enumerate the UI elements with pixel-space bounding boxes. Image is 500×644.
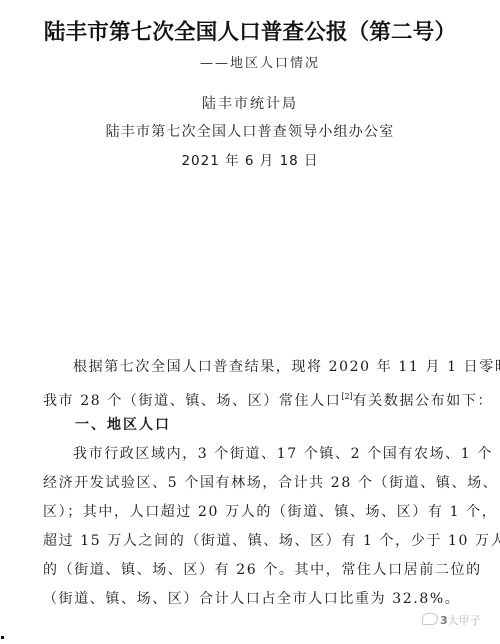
body-content: 根据第七次全国人口普查结果，现将 2020 年 11 月 1 日零时 我市 28…: [43, 353, 480, 614]
section-line: 我市行政区域内，3 个街道、17 个镇、2 个国有农场、1 个: [43, 440, 480, 469]
section-line: 超过 15 万人之间的（街道、镇、场、区）有 1 个，少于 10 万人: [43, 527, 480, 556]
intro-line-2-text: 我市 28 个（街道、镇、场、区）常住人口: [43, 393, 341, 409]
intro-line-2-rest: 有关数据公布如下：: [353, 393, 493, 409]
section-line: 区）；其中，人口超过 20 万人的（街道、镇、场、区）有 1 个，: [43, 498, 480, 527]
issuer-census-office: 陆丰市第七次全国人口普查领导小组办公室: [0, 121, 500, 141]
document-title: 陆丰市第七次全国人口普查公报（第二号）: [0, 15, 500, 46]
document-subtitle: ——地区人口情况: [200, 52, 320, 71]
section-line: 的（街道、镇、场、区）有 26 个。其中，常住人口居前二位的: [43, 556, 480, 585]
section-line: （街道、镇、场、区）合计人口占全市人口比重为 32.8%。: [43, 585, 480, 614]
intro-line-1: 根据第七次全国人口普查结果，现将 2020 年 11 月 1 日零时: [43, 353, 480, 382]
watermark-text: 大甲子: [448, 614, 481, 627]
watermark-number: 3: [440, 614, 448, 627]
publish-date: 2021 年 6 月 18 日: [0, 149, 500, 169]
issuer-statistics-bureau: 陆丰市统计局: [0, 93, 500, 113]
intro-line-2: 我市 28 个（街道、镇、场、区）常住人口[2]有关数据公布如下：: [43, 382, 480, 411]
watermark: 3大甲子: [422, 612, 481, 628]
wechat-icon: [422, 613, 438, 625]
section-line: 经济开发试验区、5 个国有林场，合计共 28 个（街道、镇、场、: [43, 469, 480, 498]
section-heading-regional-population: 一、地区人口: [43, 411, 480, 440]
stray-dot: [1, 636, 4, 639]
footnote-marker: [2]: [341, 392, 352, 401]
